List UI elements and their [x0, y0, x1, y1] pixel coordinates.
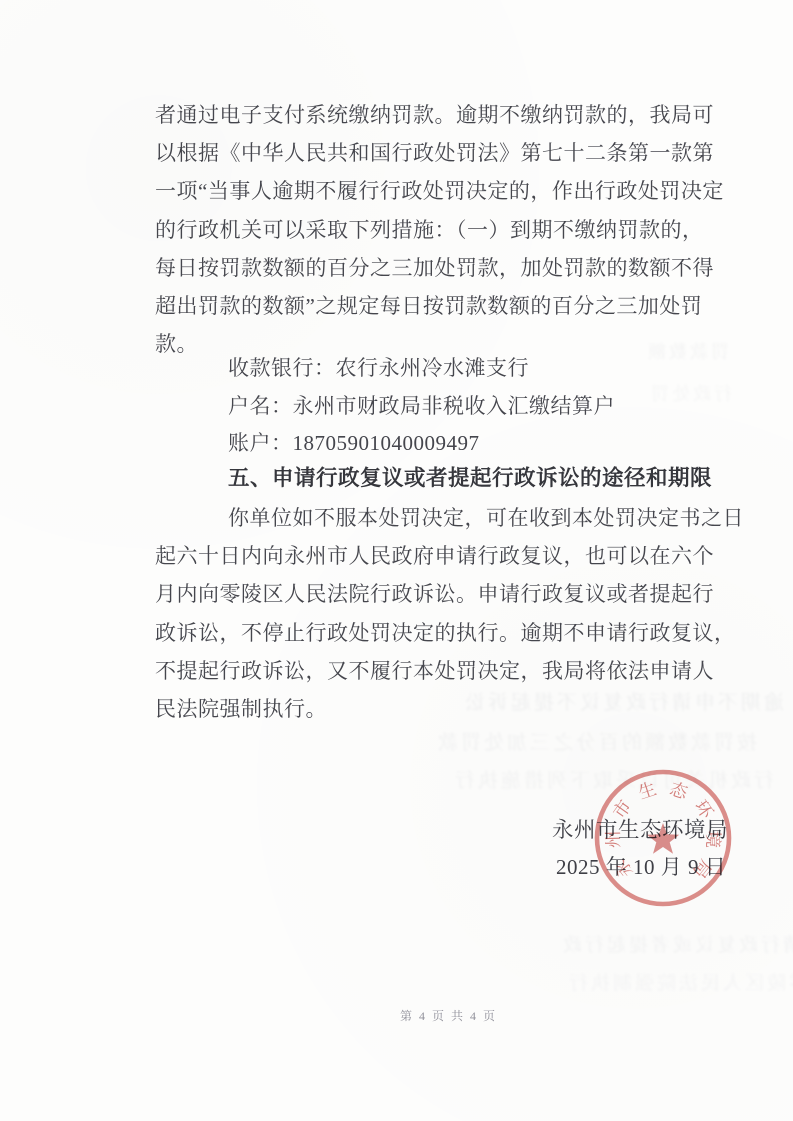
paragraph-line: 不提起行政诉讼，又不履行本处罚决定，我局将依法申请人: [155, 652, 744, 690]
seal-char: 境: [703, 830, 723, 848]
section-heading: 五、申请行政复议或者提起行政诉讼的途径和期限: [228, 461, 712, 492]
seal-char: 州: [603, 830, 623, 848]
seal-char: 生: [636, 778, 659, 802]
paragraph-line: 月内向零陵区人民法院行政诉讼。申请行政复议或者提起行: [155, 575, 744, 613]
paragraph-line: 起六十日内向永州市人民政府申请行政复议，也可以在六个: [155, 537, 744, 575]
seal-char: 永: [610, 856, 637, 882]
paragraph-line: 超出罚款的数额”之规定每日按罚款数额的百分之三加处罚: [155, 287, 724, 325]
bleedthrough-ghost-text: 按罚款数额的百分之三加处罚款: [435, 726, 757, 755]
bleedthrough-ghost-text: 申请行政复议或者提起行政: [560, 930, 793, 957]
paragraph-line: 每日按罚款数额的百分之三加处罚款，加处罚款的数额不得: [155, 249, 724, 287]
page-footer: 第 4 页 共 4 页: [400, 1007, 497, 1024]
bleedthrough-ghost-text: 零陵区人民法院强制执行: [566, 968, 793, 995]
bleedthrough-ghost-text: 行政处罚: [648, 380, 732, 406]
seal-star-icon: [647, 823, 679, 854]
bank-details: 收款银行：农行永州冷水滩支行 户名：永州市财政局非税收入汇缴结算户 账户：187…: [228, 350, 615, 463]
paragraph-line: 以根据《中华人民共和国行政处罚法》第七十二条第一款第: [155, 134, 724, 172]
document-page: 罚款数额 行政处罚 逾期不申请行政复议不提起诉讼 按罚款数额的百分之三加处罚款 …: [0, 0, 793, 1121]
official-seal: 永 州 市 生 态 环 境 局: [588, 763, 738, 913]
bank-name-line: 收款银行：农行永州冷水滩支行: [228, 350, 615, 388]
paragraph-line: 政诉讼，不停止行政处罚决定的执行。逾期不申请行政复议，: [155, 614, 744, 652]
account-number-line: 账户：18705901040009497: [228, 425, 615, 463]
paragraph-line: 你单位如不服本处罚决定，可在收到本处罚决定书之日: [155, 499, 744, 537]
seal-char: 市: [609, 796, 635, 822]
paragraph-line: 的行政机关可以采取下列措施：（一）到期不缴纳罚款的，: [155, 211, 724, 249]
paragraph-fine-payment: 者通过电子支付系统缴纳罚款。逾期不缴纳罚款的，我局可 以根据《中华人民共和国行政…: [155, 96, 724, 363]
paragraph-line: 者通过电子支付系统缴纳罚款。逾期不缴纳罚款的，我局可: [155, 96, 724, 134]
seal-char: 局: [689, 856, 716, 882]
seal-char: 环: [691, 796, 718, 822]
paragraph-appeal-rights: 你单位如不服本处罚决定，可在收到本处罚决定书之日 起六十日内向永州市人民政府申请…: [155, 499, 744, 728]
account-name-line: 户名：永州市财政局非税收入汇缴结算户: [228, 388, 615, 426]
seal-char: 态: [667, 778, 690, 803]
paragraph-line: 民法院强制执行。: [155, 690, 744, 728]
paragraph-line: 一项“当事人逾期不履行行政处罚决定的，作出行政处罚决定: [155, 172, 724, 210]
